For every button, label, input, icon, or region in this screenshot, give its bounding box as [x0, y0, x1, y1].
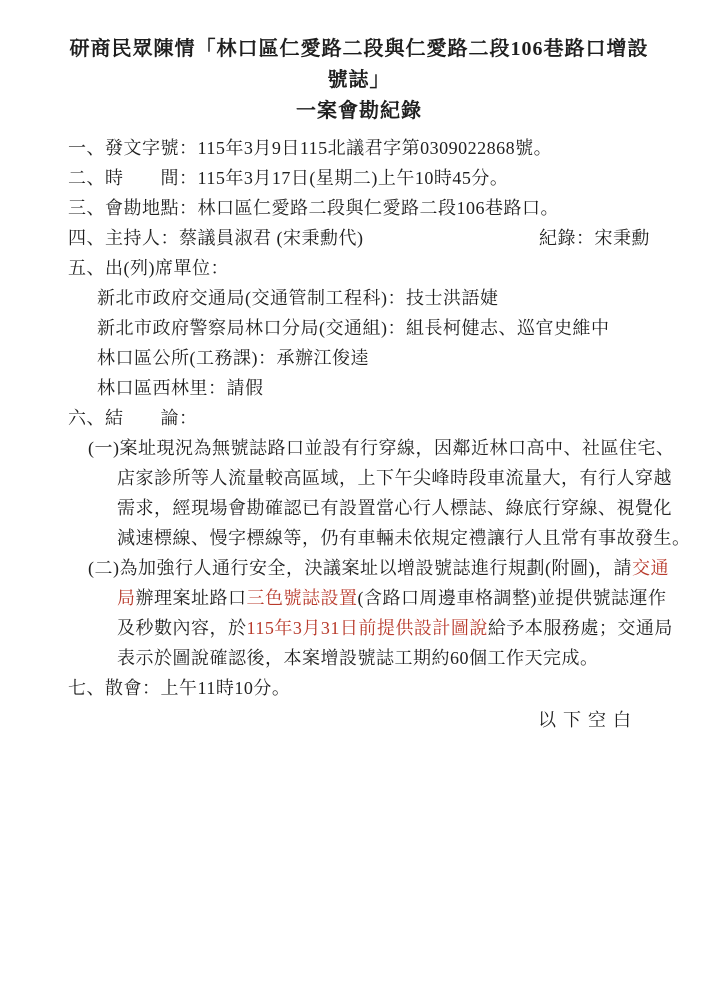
document-line: 新北市政府警察局林口分局(交通組)：組長柯健志、巡官史維中: [68, 313, 650, 343]
text-segment: 三、會勘地點：林口區仁愛路二段與仁愛路二段106巷路口。: [68, 198, 559, 218]
text-segment: (二)為加強行人通行安全，決議案址以增設號誌進行規劃(附圖)，請: [88, 558, 632, 578]
text-segment: 需求，經現場會勘確認已有設置當心行人標誌、綠底行穿線、視覺化: [117, 498, 672, 518]
document-line: 局辦理案址路口三色號誌設置(含路口周邊車格調整)並提供號誌運作: [68, 583, 650, 613]
document-line: 新北市政府交通局(交通管制工程科)：技士洪語婕: [68, 283, 650, 313]
document-line: 店家診所等人流量較高區域，上下午尖峰時段車流量大，有行人穿越: [68, 463, 650, 493]
text-segment: 林口區公所(工務課)：承辦江俊逵: [97, 348, 369, 368]
line-text: 五、出(列)席單位：: [68, 258, 229, 278]
document-title-line2: 一案會勘紀錄: [68, 96, 650, 127]
highlighted-text-segment: 三色號誌設置: [247, 588, 358, 608]
text-segment: 以下空白: [538, 710, 638, 730]
line-text: 六、結 論：: [68, 408, 198, 428]
document-lines: 一、發文字號：115年3月9日115北議君字第0309022868號。二、時 間…: [68, 133, 650, 735]
text-segment: 一、發文字號：115年3月9日115北議君字第0309022868號。: [68, 138, 552, 158]
text-segment: 林口區西林里：請假: [97, 378, 264, 398]
line-text: 七、散會：上午11時10分。: [68, 678, 290, 698]
document-content: 研商民眾陳情「林口區仁愛路二段與仁愛路二段106巷路口增設號誌」 一案會勘紀錄 …: [0, 0, 707, 735]
document-line: 林口區公所(工務課)：承辦江俊逵: [68, 343, 650, 373]
line-text: 以下空白: [538, 710, 638, 730]
record-keeper-label: 紀錄：宋秉勳: [539, 223, 650, 253]
document-line: 七、散會：上午11時10分。: [68, 673, 650, 703]
line-text: (二)為加強行人通行安全，決議案址以增設號誌進行規劃(附圖)，請交通: [88, 558, 669, 578]
document-line: 表示於圖說確認後，本案增設號誌工期約60個工作天完成。: [68, 643, 650, 673]
line-text: 需求，經現場會勘確認已有設置當心行人標誌、綠底行穿線、視覺化: [117, 498, 672, 518]
line-text: 新北市政府警察局林口分局(交通組)：組長柯健志、巡官史維中: [97, 318, 610, 338]
text-segment: (含路口周邊車格調整)並提供號誌運作: [358, 588, 667, 608]
text-segment: 新北市政府交通局(交通管制工程科)：技士洪語婕: [97, 288, 499, 308]
document-line: 三、會勘地點：林口區仁愛路二段與仁愛路二段106巷路口。: [68, 193, 650, 223]
document-line: 五、出(列)席單位：: [68, 253, 650, 283]
text-segment: 辦理案址路口: [136, 588, 247, 608]
text-segment: 四、主持人：蔡議員淑君 (宋秉勳代): [68, 228, 364, 248]
document-line: 以下空白: [68, 705, 650, 735]
document-line: 林口區西林里：請假: [68, 373, 650, 403]
line-text: 局辦理案址路口三色號誌設置(含路口周邊車格調整)並提供號誌運作: [117, 588, 667, 608]
text-segment: 五、出(列)席單位：: [68, 258, 229, 278]
document-line: 需求，經現場會勘確認已有設置當心行人標誌、綠底行穿線、視覺化: [68, 493, 650, 523]
line-text: 表示於圖說確認後，本案增設號誌工期約60個工作天完成。: [117, 648, 599, 668]
line-text: 林口區西林里：請假: [97, 378, 264, 398]
line-text: 林口區公所(工務課)：承辦江俊逵: [97, 348, 369, 368]
document-line: 一、發文字號：115年3月9日115北議君字第0309022868號。: [68, 133, 650, 163]
document-line: (二)為加強行人通行安全，決議案址以增設號誌進行規劃(附圖)，請交通: [68, 553, 650, 583]
document-line: (一)案址現況為無號誌路口並設有行穿線，因鄰近林口高中、社區住宅、: [68, 433, 650, 463]
highlighted-text-segment: 115年3月31日前提供設計圖說: [247, 618, 488, 638]
document-line: 及秒數內容，於115年3月31日前提供設計圖說給予本服務處；交通局: [68, 613, 650, 643]
document-line: 減速標線、慢字標線等，仍有車輛未依規定禮讓行人且常有事故發生。: [68, 523, 650, 553]
line-text: 三、會勘地點：林口區仁愛路二段與仁愛路二段106巷路口。: [68, 198, 559, 218]
text-segment: 表示於圖說確認後，本案增設號誌工期約60個工作天完成。: [117, 648, 599, 668]
document-line: 二、時 間：115年3月17日(星期二)上午10時45分。: [68, 163, 650, 193]
text-segment: 店家診所等人流量較高區域，上下午尖峰時段車流量大，有行人穿越: [117, 468, 672, 488]
document-title: 研商民眾陳情「林口區仁愛路二段與仁愛路二段106巷路口增設號誌」 一案會勘紀錄: [68, 34, 650, 127]
document-page: 研商民眾陳情「林口區仁愛路二段與仁愛路二段106巷路口增設號誌」 一案會勘紀錄 …: [0, 0, 707, 1000]
text-segment: 六、結 論：: [68, 408, 198, 428]
document-title-line1: 研商民眾陳情「林口區仁愛路二段與仁愛路二段106巷路口增設號誌」: [68, 34, 650, 96]
text-segment: 二、時 間：115年3月17日(星期二)上午10時45分。: [68, 168, 508, 188]
text-segment: 七、散會：上午11時10分。: [68, 678, 290, 698]
line-text: 二、時 間：115年3月17日(星期二)上午10時45分。: [68, 168, 508, 188]
text-segment: 給予本服務處；交通局: [488, 618, 673, 638]
text-segment: 減速標線、慢字標線等，仍有車輛未依規定禮讓行人且常有事故發生。: [117, 528, 691, 548]
document-line: 六、結 論：: [68, 403, 650, 433]
line-text: 減速標線、慢字標線等，仍有車輛未依規定禮讓行人且常有事故發生。: [117, 528, 691, 548]
line-text: (一)案址現況為無號誌路口並設有行穿線，因鄰近林口高中、社區住宅、: [88, 438, 675, 458]
text-segment: (一)案址現況為無號誌路口並設有行穿線，因鄰近林口高中、社區住宅、: [88, 438, 675, 458]
line-text: 店家診所等人流量較高區域，上下午尖峰時段車流量大，有行人穿越: [117, 468, 672, 488]
line-text: 及秒數內容，於115年3月31日前提供設計圖說給予本服務處；交通局: [117, 618, 673, 638]
document-line: 四、主持人：蔡議員淑君 (宋秉勳代)紀錄：宋秉勳: [68, 223, 650, 253]
line-text: 四、主持人：蔡議員淑君 (宋秉勳代): [68, 223, 364, 253]
highlighted-text-segment: 交通: [632, 558, 669, 578]
highlighted-text-segment: 局: [117, 588, 136, 608]
text-segment: 新北市政府警察局林口分局(交通組)：組長柯健志、巡官史維中: [97, 318, 610, 338]
line-text: 一、發文字號：115年3月9日115北議君字第0309022868號。: [68, 138, 552, 158]
text-segment: 及秒數內容，於: [117, 618, 247, 638]
line-text: 新北市政府交通局(交通管制工程科)：技士洪語婕: [97, 288, 499, 308]
